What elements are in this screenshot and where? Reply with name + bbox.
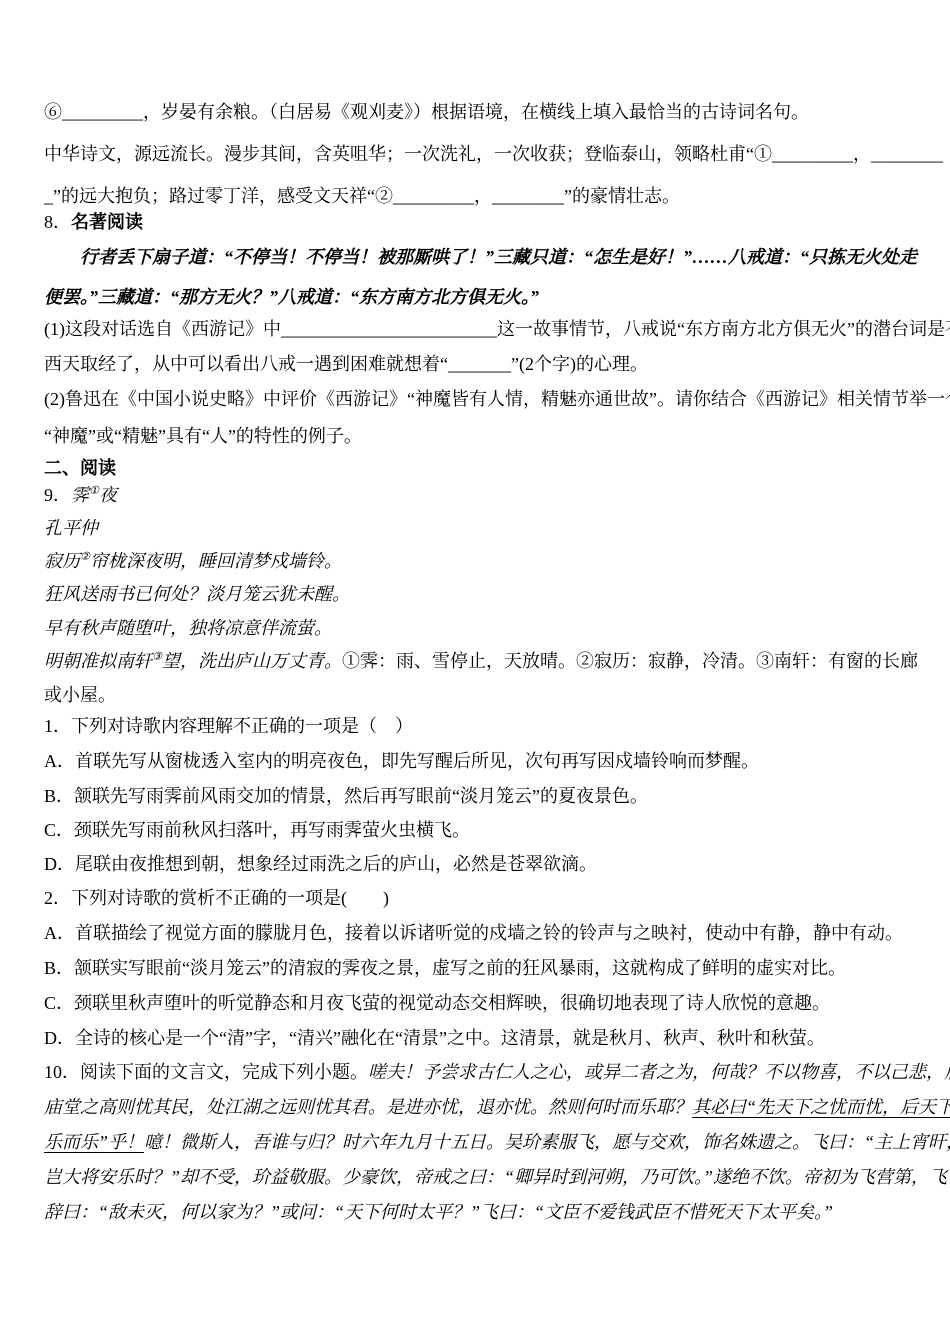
section-2-heading: 二、阅读	[44, 456, 924, 480]
text-segment: 2．下列对诗歌的赏析不正确的一项是( )	[44, 888, 389, 908]
poem-title: 9．霁①夜	[44, 483, 924, 507]
question-8-part-2-line-2: “神魔”或“精魅”具有“人”的特性的例子。	[44, 424, 924, 448]
poem-line-2: 狂风送雨书已何处？淡月笼云犹未醒。	[44, 582, 924, 606]
text-segment: “神魔”或“精魅”具有“人”的特性的例子。	[44, 426, 362, 446]
text-segment: 8．	[44, 212, 71, 232]
text-segment: D．尾联由夜推想到朝，想象经过雨洗之后的庐山，必然是苍翠欲滴。	[44, 854, 597, 874]
text-segment: A．首联描绘了视觉方面的朦胧月色，接着以诉诸听觉的戍墙之铃的铃声与之映衬，使动中…	[44, 923, 903, 943]
poem-notes-continued: 或小屋。	[44, 683, 924, 707]
text-segment: A．首联先写从窗栊透入室内的明亮夜色，即先写醒后所见，次句再写因戍墙铃响而梦醒。	[44, 751, 759, 771]
question-10-stem-and-passage-line-1: 10．阅读下面的文言文，完成下列小题。嗟夫！予尝求古仁人之心，或异二者之为，何哉…	[44, 1060, 924, 1084]
footnote-marker: ③	[152, 651, 162, 663]
text-segment: 霁	[71, 485, 89, 505]
text-segment: 狂风送雨书已何处？淡月笼云犹未醒。	[44, 584, 350, 604]
text-segment: C．颈联里秋声堕叶的听觉静态和月夜飞萤的视觉动态交相辉映，很确切地表现了诗人欣悦…	[44, 993, 830, 1013]
text-segment: 嗟夫！予尝求古仁人之心，或异二者之为，何哉？不以物喜，不以己悲，居	[368, 1062, 950, 1082]
text-segment: 帘栊深夜明，睡回清梦戍墙铃。	[90, 551, 342, 571]
text-segment: (1)这段对话选自《西游记》中________________________这…	[44, 319, 950, 339]
passage-line-2: 庙堂之高则忧其民，处江湖之远则忧其君。是进亦忧，退亦忧。然则何时而乐耶？其必曰“…	[44, 1095, 924, 1119]
text-segment: _”的远大抱负；路过零丁洋，感受文天祥“②_________，________”…	[44, 186, 680, 206]
context-fill-paragraph-line-1: 中华诗文，源远流长。漫步其间，含英咀华；一次洗礼，一次收获；登临泰山，领略杜甫“…	[44, 142, 924, 166]
poem-line-1: 寂历②帘栊深夜明，睡回清梦戍墙铃。	[44, 549, 924, 573]
text-segment: 西天取经了，从中可以看出八戒一遇到困难就想着“_______”(2个字)的心理。	[44, 354, 648, 374]
footnote-marker: ①	[89, 485, 99, 497]
text-segment: 便罢。”三藏道：“那方无火？”八戒道：“东方南方北方俱无火。”	[44, 287, 539, 307]
text-segment: 或小屋。	[44, 685, 116, 705]
question-8-part-1-line-1: (1)这段对话选自《西游记》中________________________这…	[44, 317, 924, 341]
passage-line-5: 辞曰：“敌未灭，何以家为？”或问：“天下何时太平？”飞曰：“文臣不爱钱武臣不惜死…	[44, 1200, 924, 1224]
question-8-part-2-line-1: (2)鲁迅在《中国小说史略》中评价《西游记》“神魔皆有人情，精魅亦通世故”。请你…	[44, 387, 924, 411]
underlined-text-segment: 乐而乐”乎！	[44, 1132, 144, 1152]
exam-document-page: ⑥_________，岁晏有余粮。（白居易《观刈麦》）根据语境，在横线上填入最恰…	[0, 0, 950, 1344]
text-segment: 望，洗出庐山万丈青。	[162, 651, 342, 671]
question-1-option-d: D．尾联由夜推想到朝，想象经过雨洗之后的庐山，必然是苍翠欲滴。	[44, 852, 924, 876]
poem-author: 孔平仲	[44, 516, 924, 540]
question-1-option-b: B．颔联先写雨霁前风雨交加的情景，然后再写眼前“淡月笼云”的夏夜景色。	[44, 784, 924, 808]
question-8-part-1-line-2: 西天取经了，从中可以看出八戒一遇到困难就想着“_______”(2个字)的心理。	[44, 352, 924, 376]
text-segment: 庙堂之高则忧其民，处江湖之远则忧其君。是进亦忧，退亦忧。然则何时而乐耶？	[44, 1097, 692, 1117]
context-fill-paragraph-line-2: _”的远大抱负；路过零丁洋，感受文天祥“②_________，________”…	[44, 184, 924, 208]
passage-line-4: 岂大将安乐时？”却不受，玠益敬服。少豪饮，帝戒之曰：“卿异时到河朔，乃可饮。”遂…	[44, 1165, 924, 1189]
text-segment: 10．阅读下面的文言文，完成下列小题。	[44, 1062, 368, 1082]
poem-line-3: 早有秋声随堕叶，独将凉意伴流萤。	[44, 616, 924, 640]
text-segment: 早有秋声随堕叶，独将凉意伴流萤。	[44, 618, 332, 638]
text-segment: 行者丢下扇子道：“不停当！不停当！被那厮哄了！”三藏只道：“怎生是好！”……八戒…	[44, 247, 917, 267]
text-segment: 孔平仲	[44, 518, 98, 538]
text-segment: 寂历	[44, 551, 80, 571]
poem-line-4-with-notes: 明朝准拟南轩③望，洗出庐山万丈青。①霁：雨、雪停止，天放晴。②寂历：寂静，冷清。…	[44, 649, 924, 673]
passage-line-3: 乐而乐”乎！噫！微斯人，吾谁与归？时六年九月十五日。吴玠素服飞，愿与交欢，饰名姝…	[44, 1130, 924, 1154]
novel-quote-line-2: 便罢。”三藏道：“那方无火？”八戒道：“东方南方北方俱无火。”	[44, 285, 924, 309]
text-segment: (2)鲁迅在《中国小说史略》中评价《西游记》“神魔皆有人情，精魅亦通世故”。请你…	[44, 389, 950, 409]
footnote-marker: ②	[80, 551, 90, 563]
question-2-option-d: D．全诗的核心是一个“清”字，“清兴”融化在“清景”之中。这清景，就是秋月、秋声…	[44, 1026, 924, 1050]
text-segment: 二、阅读	[44, 458, 116, 478]
text-segment: 噫！微斯人，吾谁与归？时六年九月十五日。吴玠素服飞，愿与交欢，饰名姝遗之。飞曰：…	[144, 1132, 950, 1152]
text-segment: 中华诗文，源远流长。漫步其间，含英咀华；一次洗礼，一次收获；登临泰山，领略杜甫“…	[44, 144, 943, 164]
question-2-stem: 2．下列对诗歌的赏析不正确的一项是( )	[44, 886, 924, 910]
question-8-heading: 8．名著阅读	[44, 210, 924, 234]
question-2-option-b: B．颔联实写眼前“淡月笼云”的清寂的霁夜之景，虚写之前的狂风暴雨，这就构成了鲜明…	[44, 956, 924, 980]
text-segment: ①霁：雨、雪停止，天放晴。②寂历：寂静，冷清。③南轩：有窗的长廊	[342, 651, 918, 671]
underlined-text-segment: 其必曰“先天下之忧而忧，后天下之	[692, 1097, 950, 1117]
text-segment: 9．	[44, 485, 71, 505]
text-segment: C．颈联先写雨前秋风扫落叶，再写雨霁萤火虫横飞。	[44, 820, 470, 840]
question-1-option-c: C．颈联先写雨前秋风扫落叶，再写雨霁萤火虫横飞。	[44, 818, 924, 842]
question-1-option-a: A．首联先写从窗栊透入室内的明亮夜色，即先写醒后所见，次句再写因戍墙铃响而梦醒。	[44, 749, 924, 773]
text-segment: 岂大将安乐时？”却不受，玠益敬服。少豪饮，帝戒之曰：“卿异时到河朔，乃可饮。”遂…	[44, 1167, 947, 1187]
text-segment: 名著阅读	[71, 212, 143, 232]
novel-quote-line-1: 行者丢下扇子道：“不停当！不停当！被那厮哄了！”三藏只道：“怎生是好！”……八戒…	[44, 245, 924, 269]
text-segment: B．颔联实写眼前“淡月笼云”的清寂的霁夜之景，虚写之前的狂风暴雨，这就构成了鲜明…	[44, 958, 846, 978]
text-segment: B．颔联先写雨霁前风雨交加的情景，然后再写眼前“淡月笼云”的夏夜景色。	[44, 786, 648, 806]
text-segment: 夜	[99, 485, 117, 505]
text-segment: D．全诗的核心是一个“清”字，“清兴”融化在“清景”之中。这清景，就是秋月、秋声…	[44, 1028, 825, 1048]
text-segment: ⑥_________，岁晏有余粮。（白居易《观刈麦》）根据语境，在横线上填入最恰…	[44, 102, 809, 122]
question-1-stem: 1．下列对诗歌内容理解不正确的一项是（ ）	[44, 714, 924, 738]
fillblank-line-6: ⑥_________，岁晏有余粮。（白居易《观刈麦》）根据语境，在横线上填入最恰…	[44, 100, 924, 124]
question-2-option-c: C．颈联里秋声堕叶的听觉静态和月夜飞萤的视觉动态交相辉映，很确切地表现了诗人欣悦…	[44, 991, 924, 1015]
text-segment: 明朝准拟南轩	[44, 651, 152, 671]
text-segment: 辞曰：“敌未灭，何以家为？”或问：“天下何时太平？”飞曰：“文臣不爱钱武臣不惜死…	[44, 1202, 833, 1222]
text-segment: 1．下列对诗歌内容理解不正确的一项是（ ）	[44, 716, 413, 736]
question-2-option-a: A．首联描绘了视觉方面的朦胧月色，接着以诉诸听觉的戍墙之铃的铃声与之映衬，使动中…	[44, 921, 924, 945]
